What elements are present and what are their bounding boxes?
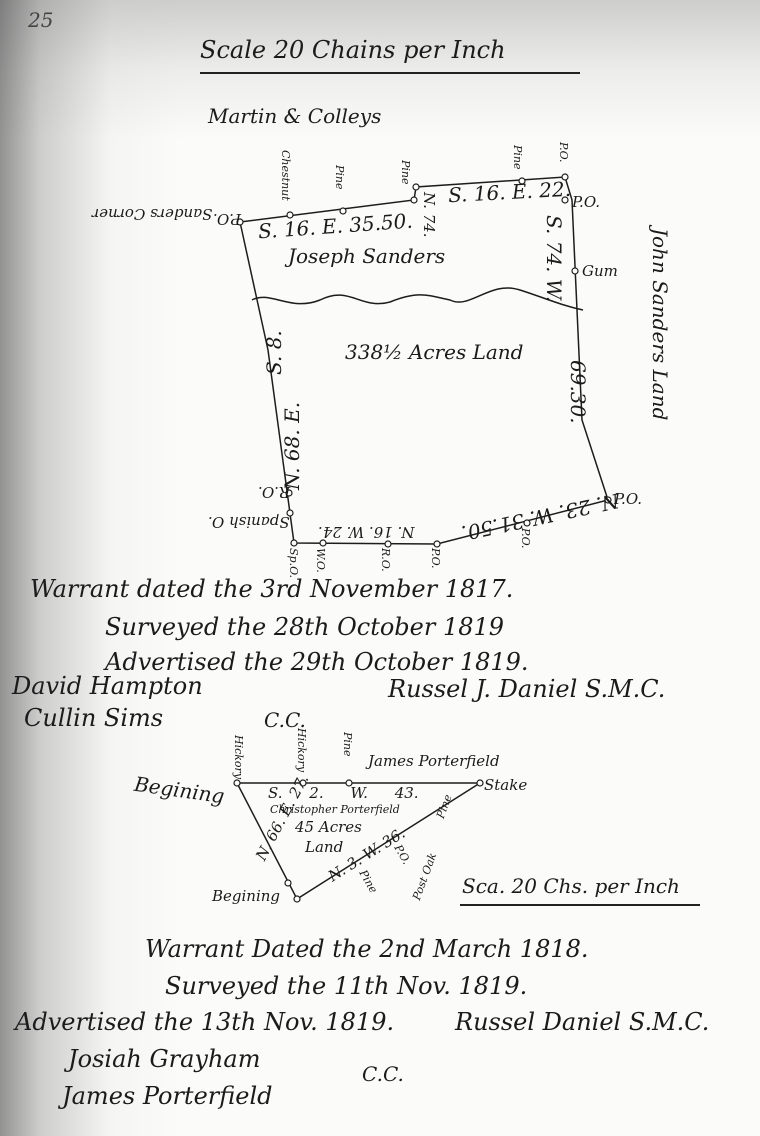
- area-sub-label-2: Land: [305, 838, 343, 856]
- area-label-2: 45 Acres: [295, 818, 362, 836]
- hickory-marker-2: Hickory: [295, 728, 308, 772]
- pine-marker-top: Pine: [341, 732, 354, 757]
- warrant-date-line-2: Warrant Dated the 2nd March 1818.: [145, 935, 589, 963]
- surveyed-date-line-2: Surveyed the 11th Nov. 1819.: [165, 972, 527, 1000]
- plat-2-boundary-lines: [0, 0, 760, 1136]
- hickory-marker-1: Hickory: [232, 735, 245, 779]
- stake-label: Stake: [484, 776, 527, 794]
- chain-carrier-3: Josiah Grayham: [68, 1045, 261, 1073]
- chain-carrier-4: James Porterfield: [62, 1082, 273, 1110]
- advertised-date-line-2: Advertised the 13th Nov. 1819.: [15, 1008, 394, 1036]
- scale-note-underline: [460, 904, 700, 906]
- surveyor-signature-2: Russel Daniel S.M.C.: [455, 1008, 709, 1036]
- adjoiner-top-label-2: James Porterfield: [368, 752, 500, 770]
- chain-carriers-label-2: C.C.: [362, 1062, 404, 1086]
- beginning-label-bottom: Begining: [212, 887, 280, 905]
- scale-note-2: Sca. 20 Chs. per Inch: [462, 874, 680, 898]
